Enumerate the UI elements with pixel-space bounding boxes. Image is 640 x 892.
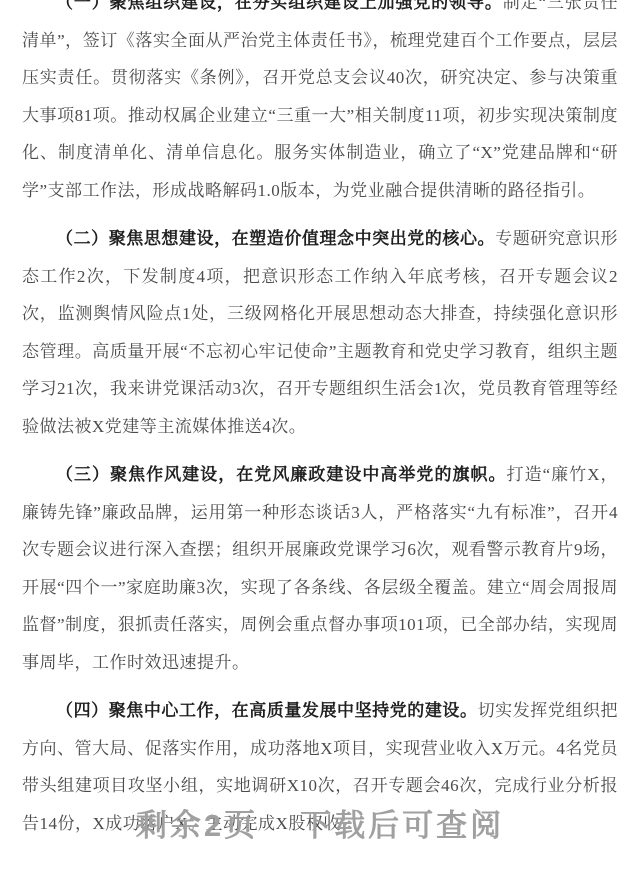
download-hint-label: 下载后可查阅 [300,808,504,843]
report-paragraph: （三）聚焦作风建设，在党风廉政建设中高举党的旗帜。打造“廉竹X，廉铸先锋”廉政品… [22,456,618,681]
paragraph-body: 专题研究意识形态工作2次，下发制度4项，把意识形态工作纳入年底考核，召开专题会议… [22,229,618,436]
paragraph-heading: （二）聚焦思想建设，在塑造价值理念中突出党的核心。 [56,229,495,248]
paragraph-body: 打造“廉竹X，廉铸先锋”廉政品牌，运用第一种形态谈话3人，严格落实“九有标准”，… [22,465,618,672]
paragraph-heading: （四）聚焦中心工作，在高质量发展中坚持党的建设。 [56,701,478,720]
paragraph-body: 制定“三张责任清单”，签订《落实全面从严治党主体责任书》，梳理党建百个工作要点，… [22,0,618,200]
report-paragraph: （一）聚焦组织建设，在夯实组织建设上加强党的领导。制定“三张责任清单”，签订《落… [22,0,618,209]
paragraph-heading: （一）聚焦组织建设，在夯实组织建设上加强党的领导。 [56,0,503,12]
paragraph-heading: （三）聚焦作风建设，在党风廉政建设中高举党的旗帜。 [56,465,507,484]
report-paragraph: （二）聚焦思想建设，在塑造价值理念中突出党的核心。专题研究意识形态工作2次，下发… [22,220,618,445]
remaining-pages-watermark: 剩余2页下载后可查阅 [0,800,640,845]
remaining-pages-label: 剩余2页 [136,808,258,843]
document-preview-page: { "page": { "background": "#ffffff", "bo… [0,0,640,892]
report-body: （一）聚焦组织建设，在夯实组织建设上加强党的领导。制定“三张责任清单”，签订《落… [22,0,618,853]
